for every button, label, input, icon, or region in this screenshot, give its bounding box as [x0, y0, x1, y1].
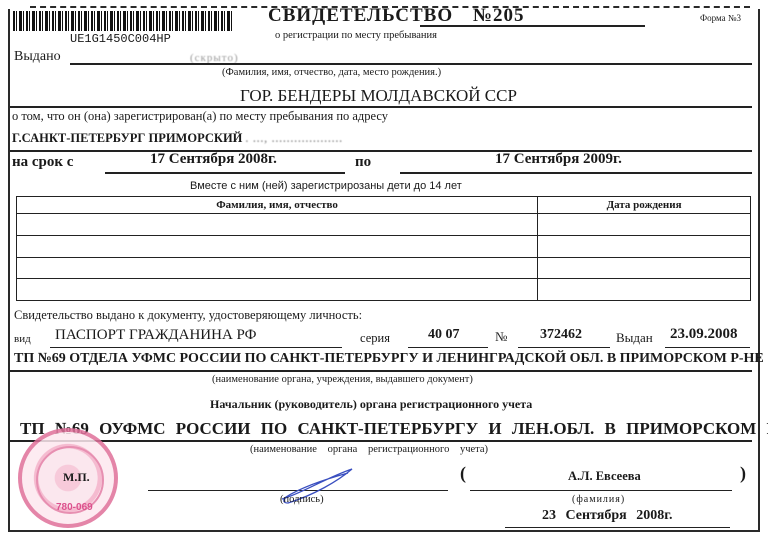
head-label: Начальник (руководитель) органа регистра… — [210, 397, 532, 412]
signer-line — [470, 490, 732, 491]
stamp-label: М.П. — [63, 470, 90, 485]
paren-open: ( — [460, 463, 466, 484]
col-name-header: Фамилия, имя, отчество — [17, 197, 538, 214]
issued-date: 23.09.2008 — [670, 326, 738, 343]
table-row — [17, 279, 751, 301]
signed-date-line — [505, 527, 730, 528]
signed-date: 23 Сентября 2008г. — [542, 508, 672, 524]
id-doc-label: Свидетельство выдано к документу, удосто… — [14, 308, 362, 323]
issued-date-line — [665, 347, 750, 348]
stamp-number: 780-069 — [56, 502, 93, 513]
issued-to-line — [70, 63, 752, 65]
table-row — [17, 235, 751, 257]
surname-caption: (фамилия) — [572, 494, 625, 505]
children-caption: Вместе с ним (ней) зарегистрирозаны дети… — [190, 180, 462, 192]
issuer-caption: (наименование органа, учреждения, выдавш… — [212, 374, 473, 385]
issuer-line — [10, 370, 752, 372]
number-label: № — [495, 329, 507, 345]
period-from: 17 Сентября 2008г. — [150, 151, 277, 168]
address-line — [10, 150, 752, 152]
id-type-line — [50, 347, 342, 348]
number-underline — [420, 25, 645, 27]
period-to-label: по — [355, 154, 371, 171]
signer-name: А.Л. Евсеева — [568, 469, 641, 484]
barcode — [13, 11, 233, 31]
id-type-label: вид — [14, 333, 31, 345]
address-hidden: . ..., ................... — [246, 133, 344, 145]
issued-to-label: Выдано — [14, 49, 61, 65]
children-table: Фамилия, имя, отчество Дата рождения — [16, 196, 751, 301]
paren-close: ) — [740, 463, 746, 484]
document-title: СВИДЕТЕЛЬСТВО №205 — [268, 5, 524, 27]
reg-authority-caption: (наименование органа регистрационного уч… — [250, 444, 488, 455]
series-line — [408, 347, 488, 348]
issued-to-caption: (Фамилия, имя, отчество, дата, место рож… — [222, 67, 441, 78]
title-text: СВИДЕТЕЛЬСТВО — [268, 5, 453, 26]
reg-authority: ТП №69 ОУФМС РОССИИ ПО САНКТ-ПЕТЕРБУРГУ … — [20, 419, 768, 439]
period-from-line — [105, 172, 345, 174]
doc-number: 372462 — [540, 327, 582, 343]
barcode-text: UE1G1450C004HP — [70, 32, 171, 46]
period-to-line — [400, 172, 752, 174]
address-text: Г.САНКТ-ПЕТЕРБУРГ ПРИМОРСКИЙ — [12, 131, 242, 145]
period-to: 17 Сентября 2009г. — [495, 151, 622, 168]
doc-number-line — [518, 347, 610, 348]
registered-text: о том, что он (она) зарегистрирован(а) п… — [12, 109, 388, 124]
birthplace-line — [10, 106, 752, 108]
address: Г.САНКТ-ПЕТЕРБУРГ ПРИМОРСКИЙ . ..., ....… — [12, 131, 343, 146]
series-label: серия — [360, 331, 390, 346]
issuer: ТП №69 ОТДЕЛА УФМС РОССИИ ПО САНКТ-ПЕТЕР… — [14, 351, 764, 367]
certificate-number: №205 — [473, 5, 525, 26]
series-value: 40 07 — [428, 327, 460, 343]
subtitle: о регистрации по месту пребывания — [275, 30, 437, 41]
issued-label: Выдан — [616, 330, 653, 346]
id-type: ПАСПОРТ ГРАЖДАНИНА РФ — [55, 327, 256, 344]
birthplace: ГОР. БЕНДЕРЫ МОЛДАВСКОЙ ССР — [240, 86, 517, 106]
table-row — [17, 214, 751, 236]
table-header: Фамилия, имя, отчество Дата рождения — [17, 197, 751, 214]
period-from-label: на срок с — [12, 154, 73, 171]
table-row — [17, 257, 751, 279]
form-label: Форма №3 — [700, 13, 741, 23]
signature-caption: (подпись) — [280, 494, 324, 505]
reg-authority-line — [10, 440, 752, 442]
col-dob-header: Дата рождения — [538, 197, 751, 214]
